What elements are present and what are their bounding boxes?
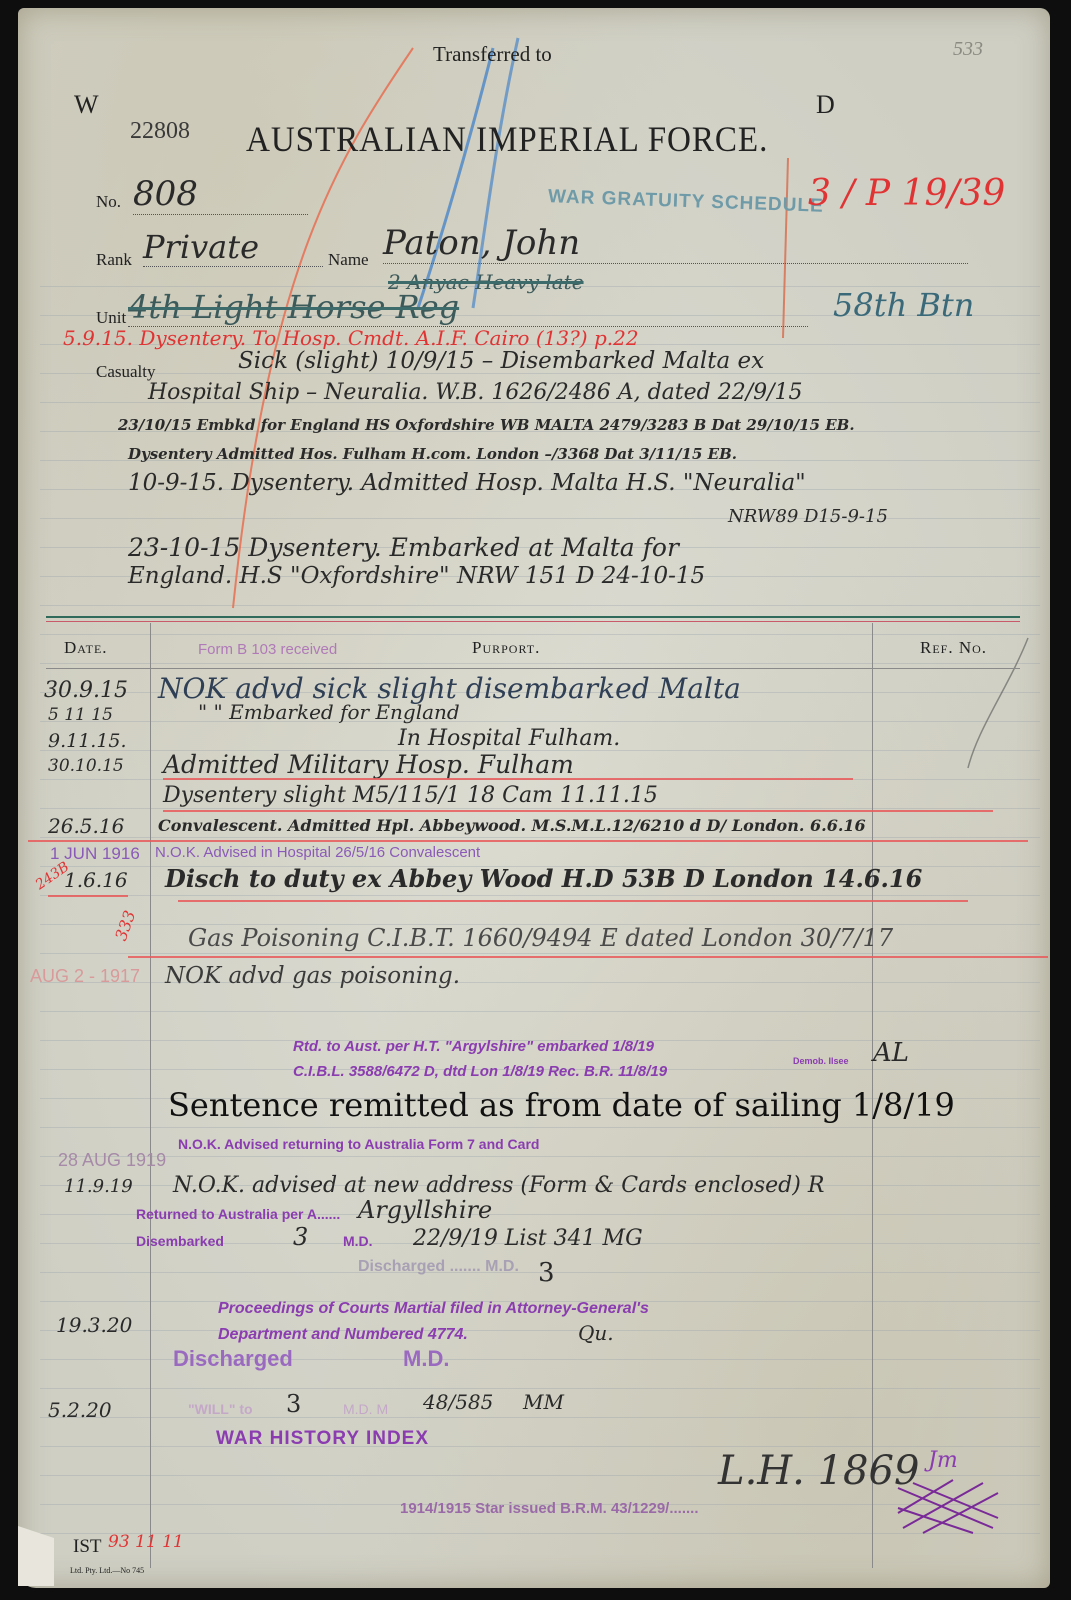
rank-label: Rank	[96, 250, 132, 270]
sentence-remitted: Sentence remitted as from date of sailin…	[168, 1086, 955, 1124]
signature: L.H. 1869	[718, 1448, 919, 1494]
casualty-entry: NRW89 D15-9-15	[728, 506, 888, 527]
row-purport: NOK advd gas poisoning.	[165, 963, 460, 989]
row-purport: Convalescent. Admitted Hpl. Abbeywood. M…	[158, 816, 866, 835]
name-label: Name	[328, 250, 369, 270]
war-history-index-stamp: WAR HISTORY INDEX	[216, 1428, 429, 1450]
list-red-note: 93 11 11	[108, 1532, 184, 1552]
casualty-entry: Hospital Ship – Neuralia. W.B. 1626/2486…	[148, 380, 803, 405]
courts-martial-date: 19.3.20	[56, 1313, 132, 1337]
corner-number: 533	[953, 38, 983, 61]
date-stamp-aug-1919: 28 AUG 1919	[58, 1150, 166, 1171]
rank-value: Private	[143, 228, 323, 267]
will-date: 5.2.20	[48, 1398, 112, 1422]
will-md: 3	[286, 1390, 301, 1418]
unit-label: Unit	[96, 308, 126, 328]
name-value: Paton, John	[383, 223, 968, 264]
will-initials: MM	[523, 1390, 564, 1414]
courts-martial-line1: Proceedings of Courts Martial filed in A…	[218, 1300, 649, 1318]
md-label: M.D.	[343, 1233, 373, 1249]
row-date: 26.5.16	[48, 814, 124, 838]
courts-martial-initials: Qu.	[578, 1321, 614, 1345]
demob-stamp: Demob. Ilsee	[793, 1056, 849, 1066]
d-label: D	[816, 90, 835, 120]
discharged-faint-stamp: Discharged ....... M.D.	[358, 1258, 519, 1276]
crosshatch-scribble-icon	[893, 1478, 1003, 1538]
casualty-entry-red: 5.9.15. Dysentery. To Hosp. Cmdt. A.I.F.…	[63, 326, 639, 350]
red-underline	[48, 895, 128, 897]
returned-ship: Argyllshire	[358, 1196, 492, 1224]
casualty-entry: 23-10-15 Dysentery. Embarked at Malta fo…	[128, 533, 679, 562]
row-date: 30.10.15	[48, 756, 124, 776]
disembarked-md: 3	[293, 1223, 308, 1251]
red-underline	[128, 956, 1048, 958]
transferred-to-label: Transferred to	[433, 42, 552, 67]
red-underline	[178, 900, 968, 902]
row-date: 9.11.15.	[48, 730, 127, 752]
row-date: 5 11 15	[48, 705, 113, 725]
service-record-card: Transferred to W D 22808 AUSTRALIAN IMPE…	[18, 8, 1050, 1588]
returned-stamp-line2: C.I.B.L. 3588/6472 D, dtd Lon 1/8/19 Rec…	[293, 1063, 667, 1080]
unit-value: 58th Btn	[833, 286, 974, 324]
nok-new-address: N.O.K. advised at new address (Form & Ca…	[173, 1173, 824, 1198]
row-purport: " " Embarked for England	[198, 700, 460, 724]
casualty-entry: Dysentery Admitted Hos. Fulham H.com. Lo…	[128, 445, 737, 463]
red-notation: 3 / P 19/39	[808, 173, 1005, 214]
star-issued-stamp: 1914/1915 Star issued B.R.M. 43/1229/...…	[400, 1500, 699, 1517]
table-header-rule	[46, 668, 1020, 669]
casualty-entry: 23/10/15 Embkd for England HS Oxfordshir…	[118, 416, 855, 434]
initials-al: AL	[873, 1038, 909, 1068]
will-md-label: M.D. M	[343, 1401, 388, 1417]
row-date: 30.9.15	[44, 678, 128, 703]
column-header-date: Date.	[64, 638, 108, 658]
casualty-entry: England. H.S "Oxfordshire" NRW 151 D 24-…	[128, 563, 705, 589]
row-purport: Admitted Military Hosp. Fulham	[163, 750, 574, 779]
row-purport: Disch to duty ex Abbey Wood H.D 53B D Lo…	[165, 864, 922, 893]
file-number: 22808	[130, 118, 190, 145]
casualty-label: Casualty	[96, 362, 156, 382]
discharged-stamp: Discharged	[173, 1346, 293, 1372]
returned-to-australia-label: Returned to Australia per A......	[136, 1206, 340, 1222]
unit-struck: 4th Light Horse Reg	[128, 288, 808, 327]
row-purport: In Hospital Fulham.	[398, 726, 620, 751]
signature-purple: Jm	[928, 1448, 958, 1473]
will-label: "WILL" to	[188, 1401, 253, 1417]
disembarked-label: Disembarked	[136, 1233, 224, 1249]
nok-returning-stamp: N.O.K. Advised returning to Australia Fo…	[178, 1136, 539, 1152]
row-date: 1.6.16	[64, 868, 128, 892]
disembarked-note: 22/9/19 List 341 MG	[413, 1226, 643, 1251]
three-mark: 3	[538, 1258, 555, 1288]
table-top-rule	[46, 616, 1020, 618]
w-label: W	[74, 90, 99, 120]
date-column-divider	[150, 623, 151, 1568]
casualty-entry: 10-9-15. Dysentery. Admitted Hosp. Malta…	[128, 470, 806, 496]
column-header-purport: Purport.	[472, 638, 540, 658]
casualty-entry: Sick (slight) 10/9/15 – Disembarked Malt…	[238, 348, 764, 374]
form-b103-stamp: Form B 103 received	[198, 641, 337, 658]
red-underline	[163, 810, 993, 812]
no-label: No.	[96, 192, 121, 212]
discharged-md: M.D.	[403, 1346, 449, 1372]
red-underline	[163, 778, 853, 780]
row-date-stamp: AUG 2 - 1917	[30, 966, 140, 987]
no-value: 808	[133, 174, 308, 215]
nok-advised-stamp: N.O.K. Advised in Hospital 26/5/16 Conva…	[155, 844, 480, 861]
table-top-rule-red	[46, 621, 1020, 622]
row-purport: Dysentery slight M5/115/1 18 Cam 11.11.1…	[163, 783, 658, 808]
courts-martial-line2: Department and Numbered 4774.	[218, 1326, 468, 1344]
page-title: AUSTRALIAN IMPERIAL FORCE.	[246, 118, 768, 160]
will-ref: 48/585	[423, 1390, 493, 1414]
column-header-ref: Ref. No.	[920, 638, 987, 658]
red-underline	[28, 840, 1028, 842]
list-label: IST	[73, 1536, 102, 1558]
returned-stamp-line1: Rtd. to Aust. per H.T. "Argylshire" emba…	[293, 1038, 654, 1055]
row-purport: Gas Poisoning C.I.B.T. 1660/9494 E dated…	[188, 924, 893, 952]
printer-imprint: Ltd. Pty. Ltd.—No 745	[70, 1566, 144, 1575]
nok-new-address-date: 11.9.19	[64, 1176, 133, 1197]
